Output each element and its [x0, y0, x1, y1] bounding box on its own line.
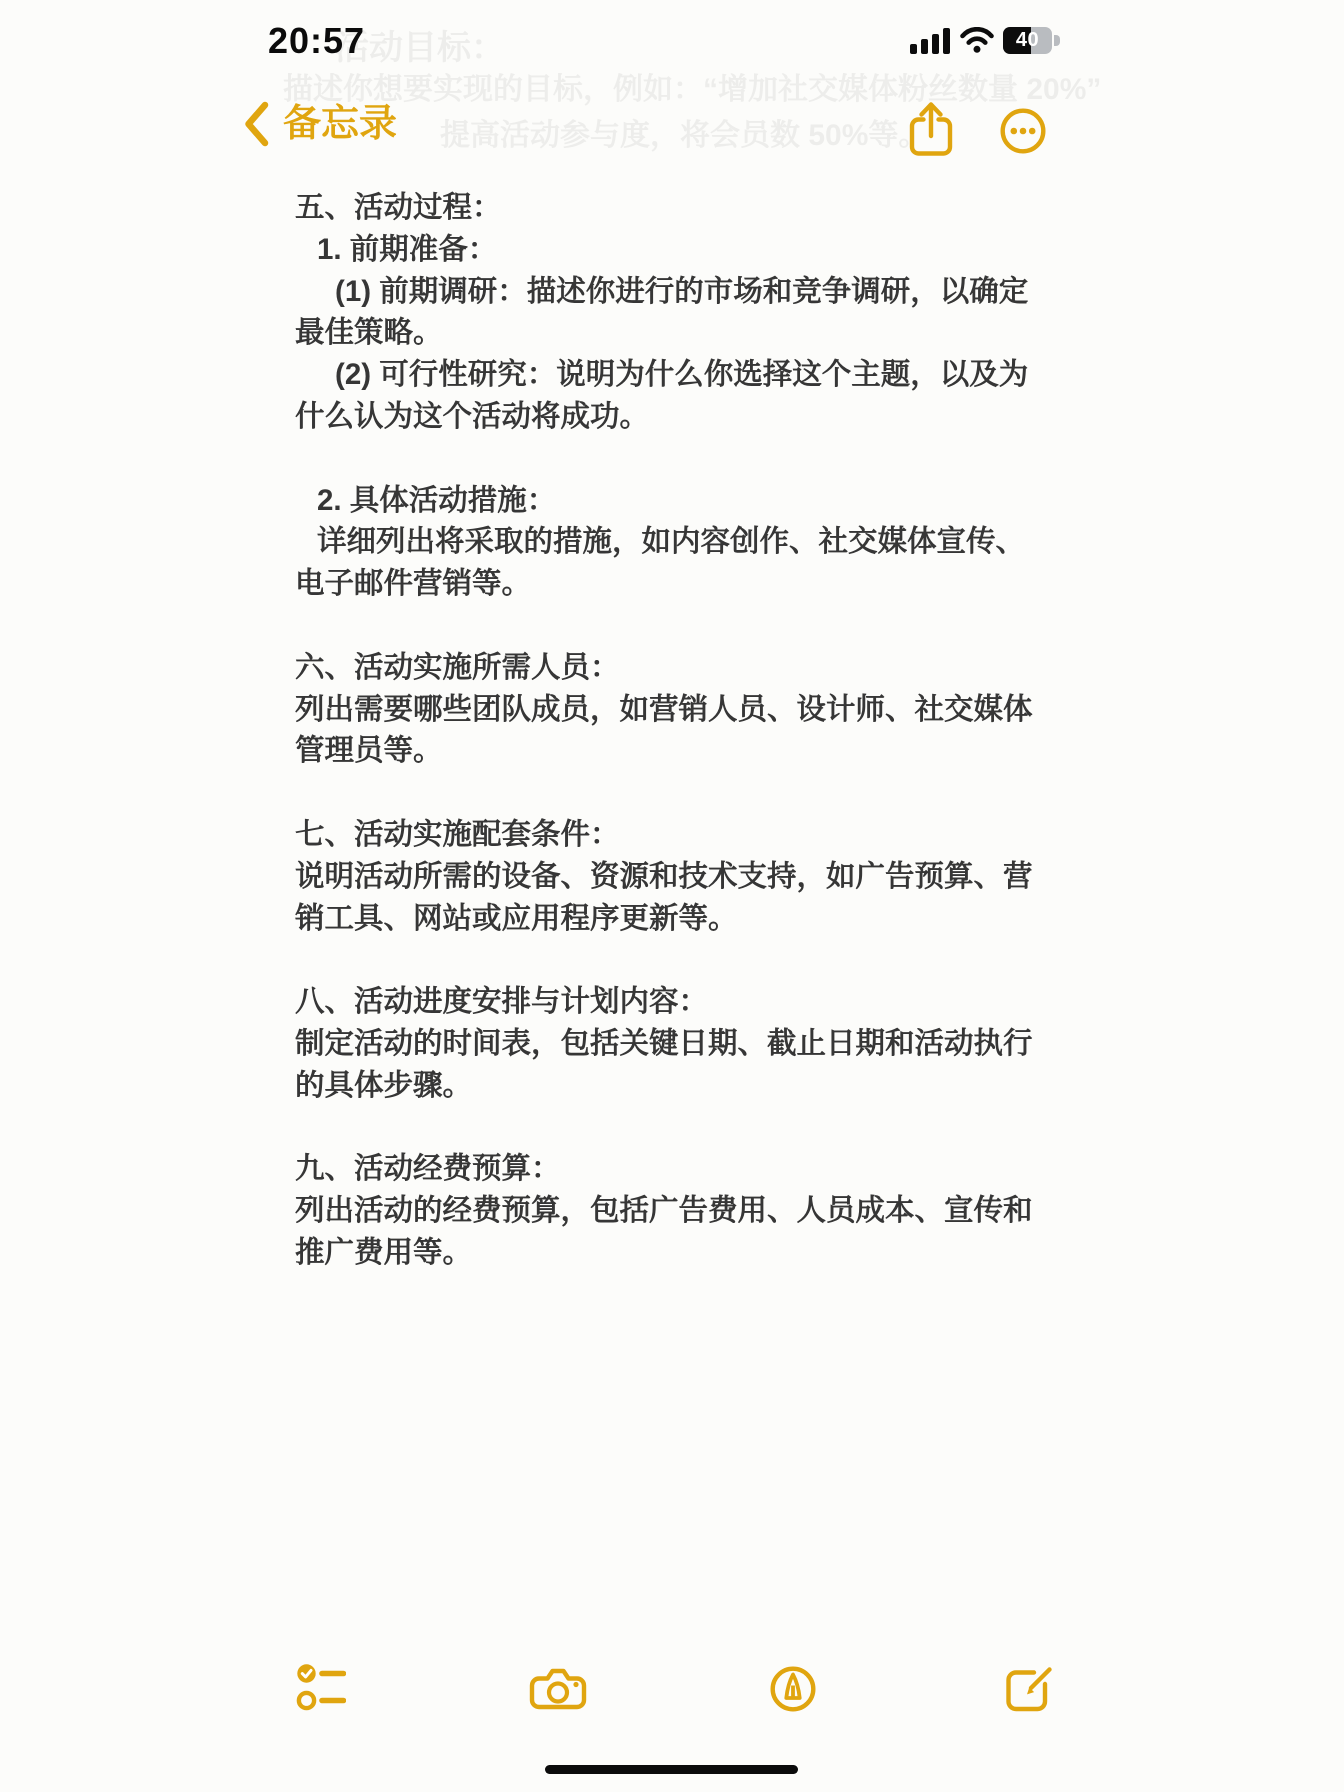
note-line: 详细列出将采取的措施，如内容创作、社交媒体宣传、 [295, 521, 1075, 563]
camera-button[interactable] [529, 1667, 587, 1711]
back-chevron-icon [243, 101, 269, 147]
note-line: 的具体步骤。 [295, 1065, 1075, 1107]
note-line: 说明活动所需的设备、资源和技术支持，如广告预算、营 [295, 856, 1075, 898]
markup-button[interactable] [768, 1664, 818, 1714]
wifi-icon [960, 27, 994, 54]
status-time: 20:57 [268, 20, 365, 62]
back-button-label: 备忘录 [283, 100, 397, 148]
battery-percent: 40 [1003, 27, 1052, 54]
note-line: (2) 可行性研究：说明为什么你选择这个主题，以及为 [295, 354, 1075, 396]
note-line: 列出活动的经费预算，包括广告费用、人员成本、宣传和 [295, 1190, 1075, 1232]
note-line: 电子邮件营销等。 [295, 563, 1075, 605]
ghost-line: 描述你想要实现的目标，例如：“增加社交媒体粉丝数量 20%” [283, 64, 1101, 108]
notes-app-screen: 活动目标：描述你想要实现的目标，例如：“增加社交媒体粉丝数量 20%”提高活动参… [0, 0, 1344, 1792]
compose-button[interactable] [1001, 1661, 1057, 1717]
battery-icon: 40 [1003, 27, 1052, 54]
note-blank-line [295, 438, 1075, 480]
note-blank-line [295, 1107, 1075, 1149]
note-line: 八、活动进度安排与计划内容： [295, 981, 1075, 1023]
note-line: 推广费用等。 [295, 1232, 1075, 1274]
back-button[interactable]: 备忘录 [243, 100, 397, 148]
note-line: 1. 前期准备： [295, 229, 1075, 271]
note-blank-line [295, 772, 1075, 814]
note-line: 九、活动经费预算： [295, 1148, 1075, 1190]
note-line: 五、活动过程： [295, 187, 1075, 229]
note-line: 列出需要哪些团队成员，如营销人员、设计师、社交媒体 [295, 689, 1075, 731]
note-line: (1) 前期调研：描述你进行的市场和竞争调研，以确定 [295, 271, 1075, 313]
note-blank-line [295, 939, 1075, 981]
battery-nub [1054, 35, 1060, 46]
note-content[interactable]: 五、活动过程：1. 前期准备：(1) 前期调研：描述你进行的市场和竞争调研，以确… [295, 187, 1075, 1274]
note-line: 2. 具体活动措施： [295, 480, 1075, 522]
note-line: 管理员等。 [295, 730, 1075, 772]
note-blank-line [295, 605, 1075, 647]
note-line: 销工具、网站或应用程序更新等。 [295, 898, 1075, 940]
note-line: 制定活动的时间表，包括关键日期、截止日期和活动执行 [295, 1023, 1075, 1065]
note-line: 最佳策略。 [295, 312, 1075, 354]
share-button[interactable] [905, 100, 957, 156]
home-indicator[interactable] [545, 1765, 798, 1774]
note-line: 六、活动实施所需人员： [295, 647, 1075, 689]
ghost-line: 提高活动参与度，将会员数 50%等。 [440, 110, 928, 154]
note-line: 什么认为这个活动将成功。 [295, 396, 1075, 438]
cellular-signal-icon [910, 28, 950, 54]
more-options-button[interactable] [998, 106, 1048, 156]
checklist-button[interactable] [296, 1663, 346, 1711]
note-line: 七、活动实施配套条件： [295, 814, 1075, 856]
